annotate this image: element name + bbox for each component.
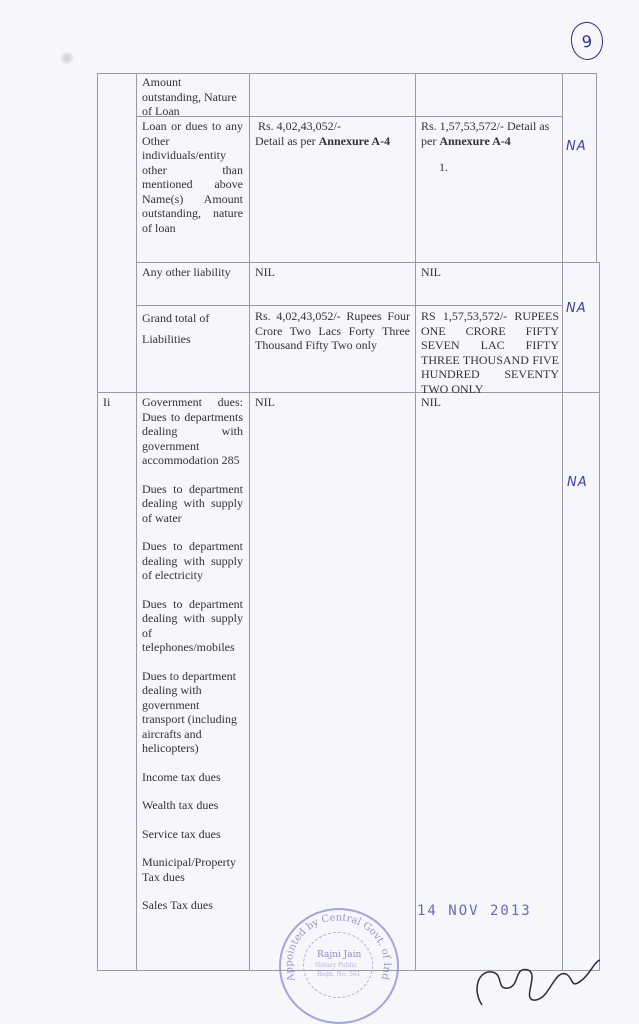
scan-speck xyxy=(60,50,74,66)
seal-title: Notary Public xyxy=(315,962,357,969)
notary-seal: Appointed by Central Govt. of India Rajn… xyxy=(279,908,399,1024)
grand-total-b: RS 1,57,53,572/- RUPEES ONE CRORE FIFTY … xyxy=(421,309,559,396)
value-cell-b: NIL xyxy=(421,265,441,280)
seal-registration: Regn. No. 561 xyxy=(317,971,361,978)
annexure-link: Annexure A-4 xyxy=(319,134,390,148)
dues-item: Dues to department dealing with supply o… xyxy=(142,539,243,583)
row-rule-2 xyxy=(136,262,600,263)
annexure-prefix: per xyxy=(421,134,436,148)
row-description: Grand total of Liabilities xyxy=(142,308,247,350)
government-dues-list: Government dues: Dues to departments dea… xyxy=(142,395,243,913)
value-cell-b: NIL xyxy=(421,395,441,410)
amount-cell-b: Rs. 1,57,53,572/- Detail as per Annexure… xyxy=(421,119,561,175)
annexure-ref: per Annexure A-4 xyxy=(421,134,561,149)
dues-item: Dues to department dealing with governme… xyxy=(142,669,243,756)
value-cell-a: NIL xyxy=(255,395,275,410)
row-description: Any other liability xyxy=(142,265,247,280)
handwritten-page-number: 9 xyxy=(569,20,606,62)
dues-item: Sales Tax dues xyxy=(142,898,243,913)
handwritten-na-remark: NA xyxy=(567,475,588,490)
liabilities-table: Amount outstanding, Nature of Loan Loan … xyxy=(97,73,597,971)
dues-item: Dues to department dealing with supply o… xyxy=(142,597,243,655)
date-stamp: 14 NOV 2013 xyxy=(417,903,532,919)
dues-item: Dues to department dealing with supply o… xyxy=(142,482,243,526)
handwritten-na-remark: NA xyxy=(566,301,587,316)
annexure-ref: Detail as per Annexure A-4 xyxy=(255,134,411,149)
dues-item: Municipal/Property Tax dues xyxy=(142,855,243,884)
description-line: Grand total of xyxy=(142,308,247,329)
row-serial: Ii xyxy=(103,395,110,410)
value-cell-a: NIL xyxy=(255,265,275,280)
row-description: Loan or dues to any Other individuals/en… xyxy=(142,119,243,235)
col-rule-4 xyxy=(562,73,563,971)
col-rule-3 xyxy=(415,73,416,971)
dues-item: Income tax dues xyxy=(142,770,243,785)
annexure-link: Annexure A-4 xyxy=(439,134,510,148)
handwritten-na-remark: NA xyxy=(566,139,587,154)
grand-total-a: Rs. 4,02,43,052/- Rupees Four Crore Two … xyxy=(255,309,410,353)
amount-value: Rs. 4,02,43,052/- xyxy=(255,119,411,134)
table-border-right-lower xyxy=(599,263,600,971)
col-rule-1 xyxy=(136,73,137,971)
signature-icon xyxy=(470,930,620,1010)
table-border-left xyxy=(97,73,98,971)
dues-item: Service tax dues xyxy=(142,827,243,842)
row-description: Amount outstanding, Nature of Loan xyxy=(142,75,242,119)
table-border-right-upper xyxy=(596,73,597,263)
dues-item: Wealth tax dues xyxy=(142,798,243,813)
dues-item: Government dues: Dues to departments dea… xyxy=(142,395,243,468)
amount-value: Rs. 1,57,53,572/- Detail as xyxy=(421,119,561,134)
list-number: 1. xyxy=(421,160,561,175)
description-line: Liabilities xyxy=(142,329,247,350)
table-border-top xyxy=(97,73,597,74)
annexure-prefix: Detail as per xyxy=(255,134,316,148)
amount-cell-a: Rs. 4,02,43,052/- Detail as per Annexure… xyxy=(255,119,411,148)
row-rule-3 xyxy=(136,305,562,306)
seal-name: Rajni Jain xyxy=(317,950,361,960)
col-rule-2 xyxy=(249,73,250,971)
